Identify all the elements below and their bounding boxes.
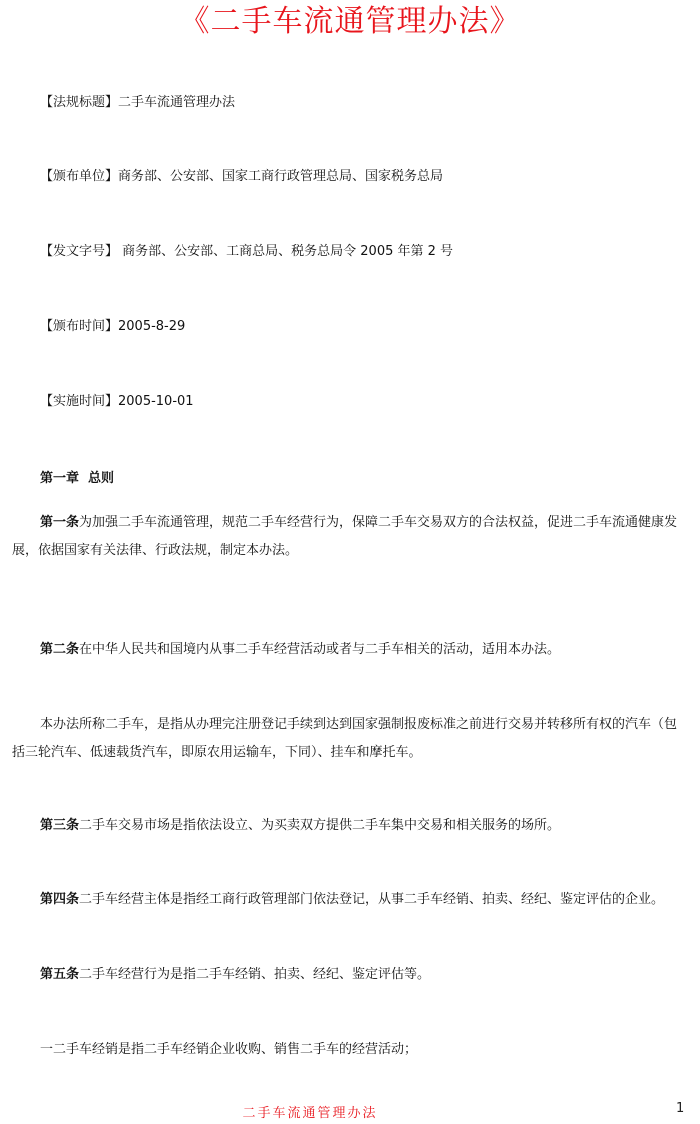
footer-title: 二手车流通管理办法 bbox=[0, 1102, 620, 1121]
article-head: 第三条 bbox=[40, 818, 79, 833]
meta-label: 【颁布时间】 bbox=[40, 319, 118, 334]
article-3: 第三条二手车交易市场是指依法设立、为买卖双方提供二手车集中交易和相关服务的场所。 bbox=[12, 812, 688, 840]
meta-value: 商务部、公安部、国家工商行政管理总局、国家税务总局 bbox=[118, 169, 443, 184]
article-text: 二手车经营行为是指二手车经销、拍卖、经纪、鉴定评估等。 bbox=[79, 967, 430, 982]
document-title: 《二手车流通管理办法》 bbox=[0, 2, 700, 42]
article-head: 第一条 bbox=[40, 515, 79, 530]
article-text: 二手车交易市场是指依法设立、为买卖双方提供二手车集中交易和相关服务的场所。 bbox=[79, 818, 560, 833]
meta-issue-date: 【颁布时间】2005-8-29 bbox=[40, 318, 185, 336]
meta-label: 【发文字号】 bbox=[40, 244, 118, 259]
article-head: 第四条 bbox=[40, 892, 79, 907]
article-text: 为加强二手车流通管理，规范二手车经营行为，保障二手车交易双方的合法权益，促进二手… bbox=[12, 515, 677, 558]
article-text: 二手车经营主体是指经工商行政管理部门依法登记，从事二手车经销、拍卖、经纪、鉴定评… bbox=[79, 892, 664, 907]
meta-value: 2005-8-29 bbox=[118, 319, 185, 334]
meta-issuing-authority: 【颁布单位】商务部、公安部、国家工商行政管理总局、国家税务总局 bbox=[40, 168, 443, 186]
article-text: 本办法所称二手车，是指从办理完注册登记手续到达到国家强制报废标准之前进行交易并转… bbox=[12, 717, 677, 760]
meta-value: 2005-10-01 bbox=[118, 394, 194, 409]
article-text: 在中华人民共和国境内从事二手车经营活动或者与二手车相关的活动，适用本办法。 bbox=[79, 642, 560, 657]
article-2-definition: 本办法所称二手车，是指从办理完注册登记手续到达到国家强制报废标准之前进行交易并转… bbox=[12, 711, 688, 767]
article-2: 第二条在中华人民共和国境内从事二手车经营活动或者与二手车相关的活动，适用本办法。 bbox=[12, 636, 688, 664]
article-1: 第一条为加强二手车流通管理，规范二手车经营行为，保障二手车交易双方的合法权益，促… bbox=[12, 509, 688, 565]
meta-label: 【实施时间】 bbox=[40, 394, 118, 409]
meta-label: 【法规标题】 bbox=[40, 95, 118, 110]
article-5-item-1: 一二手车经销是指二手车经销企业收购、销售二手车的经营活动； bbox=[12, 1036, 688, 1064]
chapter-heading: 第一章 总则 bbox=[40, 467, 114, 486]
article-4: 第四条二手车经营主体是指经工商行政管理部门依法登记，从事二手车经销、拍卖、经纪、… bbox=[12, 886, 688, 914]
article-text: 一二手车经销是指二手车经销企业收购、销售二手车的经营活动； bbox=[40, 1042, 417, 1057]
article-head: 第二条 bbox=[40, 642, 79, 657]
meta-regulation-title: 【法规标题】二手车流通管理办法 bbox=[40, 94, 235, 112]
page-number: 1 bbox=[676, 1101, 684, 1116]
meta-value: 二手车流通管理办法 bbox=[118, 95, 235, 110]
meta-value: 商务部、公安部、工商总局、税务总局令 2005 年第 2 号 bbox=[118, 244, 453, 259]
meta-label: 【颁布单位】 bbox=[40, 169, 118, 184]
meta-document-number: 【发文字号】 商务部、公安部、工商总局、税务总局令 2005 年第 2 号 bbox=[40, 243, 453, 261]
article-5: 第五条二手车经营行为是指二手车经销、拍卖、经纪、鉴定评估等。 bbox=[12, 961, 688, 989]
article-head: 第五条 bbox=[40, 967, 79, 982]
meta-effective-date: 【实施时间】2005-10-01 bbox=[40, 393, 194, 411]
